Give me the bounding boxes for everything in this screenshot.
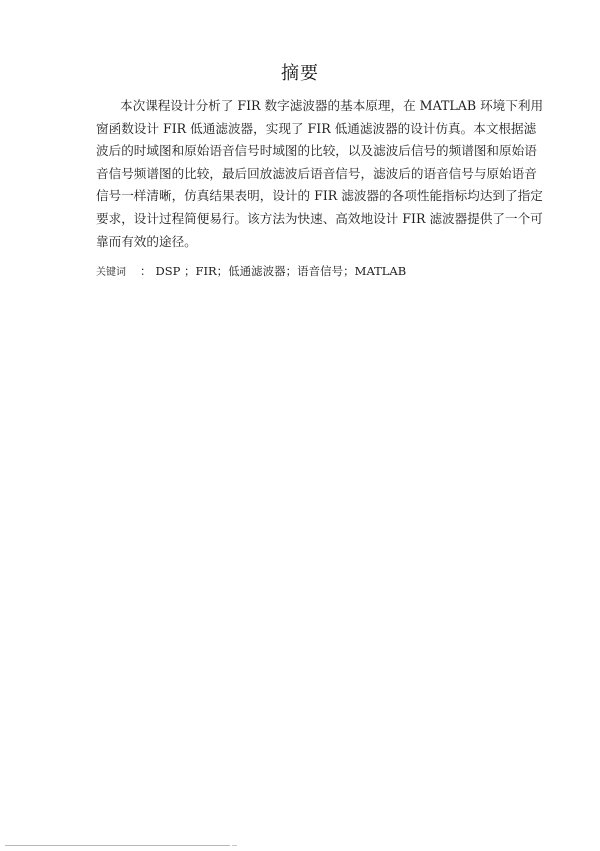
abstract-line: 波后的时域图和原始语音信号时域图的比较，以及滤波后信号的频谱图和原始语 [96, 140, 508, 163]
abstract-line: 窗函数设计 FIR 低通滤波器，实现了 FIR 低通滤波器的设计仿真。本文根据滤 [96, 118, 508, 141]
keywords-separator: ： [140, 264, 152, 278]
document-page: 摘要 本次课程设计分析了 FIR 数字滤波器的基本原理，在 MATLAB 环境下… [0, 0, 600, 851]
abstract-line: 靠而有效的途径。 [96, 231, 508, 254]
keywords-line: 关键词：DSP ；FIR；低通滤波器；语音信号；MATLAB [96, 262, 406, 282]
abstract-line: 本次课程设计分析了 FIR 数字滤波器的基本原理，在 MATLAB 环境下利用 [96, 95, 508, 118]
abstract-body: 本次课程设计分析了 FIR 数字滤波器的基本原理，在 MATLAB 环境下利用 … [96, 95, 508, 253]
keywords-label: 关键词 [96, 267, 126, 278]
keywords-list: DSP ；FIR；低通滤波器；语音信号；MATLAB [156, 264, 407, 278]
abstract-title: 摘要 [0, 62, 600, 86]
footer-rule [5, 845, 230, 846]
abstract-line: 要求，设计过程简便易行。该方法为快速、高效地设计 FIR 滤波器提供了一个可 [96, 208, 508, 231]
abstract-line: 信号一样清晰，仿真结果表明，设计的 FIR 滤波器的各项性能指标均达到了指定 [96, 185, 508, 208]
abstract-line: 音信号频谱图的比较，最后回放滤波后语音信号，滤波后的语音信号与原始语音 [96, 163, 508, 186]
footer-rule-tail [232, 845, 237, 846]
